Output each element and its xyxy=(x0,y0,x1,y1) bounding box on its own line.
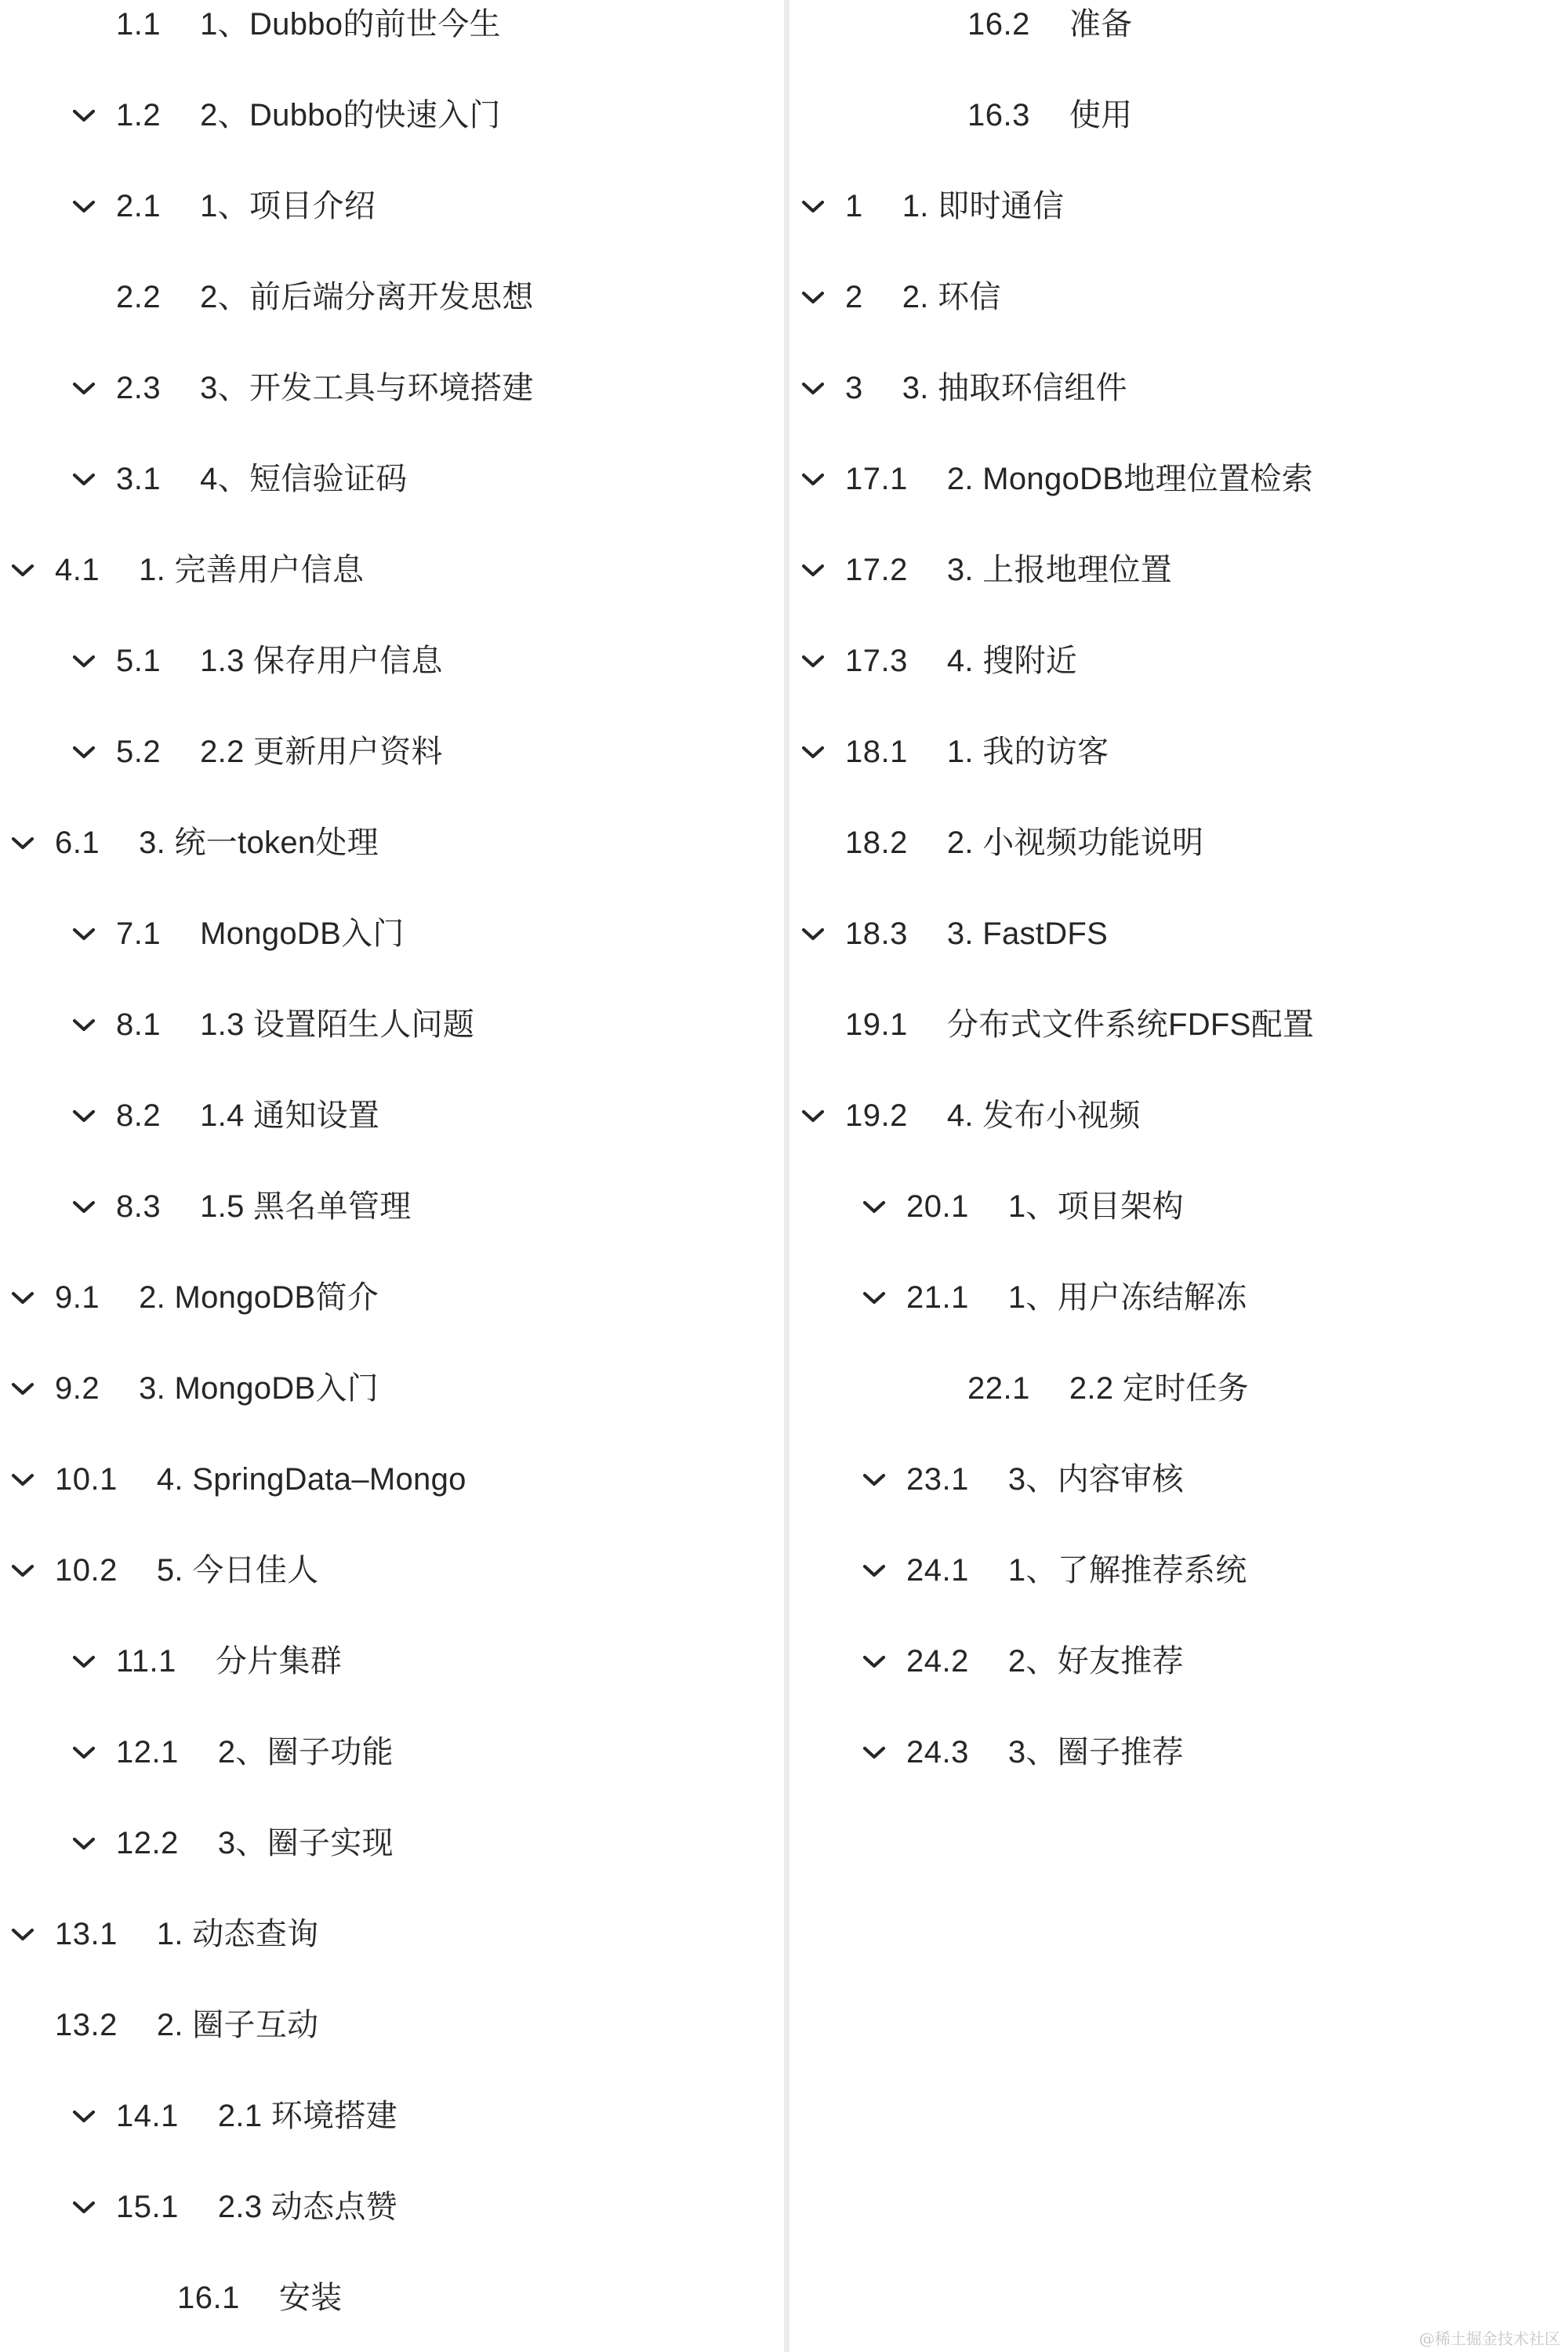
toc-item-label: 2.2 更新用户资料 xyxy=(200,730,443,774)
chevron-down-icon[interactable] xyxy=(72,2110,96,2124)
chevron-down-icon[interactable] xyxy=(862,1746,886,1760)
toc-item-number: 4.1 xyxy=(55,548,100,592)
toc-item-label: 3. 统一token处理 xyxy=(139,821,379,865)
chevron-down-icon[interactable] xyxy=(801,473,825,487)
toc-item-label: 2. 圈子互动 xyxy=(157,2003,319,2047)
toc-item-label: 1. 我的访客 xyxy=(947,730,1109,774)
toc-item-label: 1、项目架构 xyxy=(1008,1185,1184,1229)
toc-item-number: 8.2 xyxy=(116,1094,161,1138)
chevron-down-icon[interactable] xyxy=(11,1564,34,1578)
chevron-down-icon[interactable] xyxy=(72,655,96,669)
chevron-down-icon[interactable] xyxy=(72,1018,96,1033)
chevron-down-icon[interactable] xyxy=(72,1837,96,1851)
chevron-down-icon[interactable] xyxy=(72,382,96,396)
chevron-down-icon[interactable] xyxy=(801,200,825,214)
toc-item-label: 4、短信验证码 xyxy=(200,457,407,501)
toc-item-number: 13.2 xyxy=(55,2003,118,2047)
toc-item-label: MongoDB入门 xyxy=(200,912,405,956)
toc-item-number: 14.1 xyxy=(116,2094,179,2138)
toc-item-label: 3、开发工具与环境搭建 xyxy=(200,366,534,410)
toc-item-label: 安装 xyxy=(279,2276,343,2320)
toc-item-number: 2.2 xyxy=(116,275,161,319)
toc-item-label: 2、前后端分离开发思想 xyxy=(200,275,534,319)
chevron-down-icon[interactable] xyxy=(11,837,34,851)
chevron-down-icon[interactable] xyxy=(72,927,96,942)
toc-item-number: 12.2 xyxy=(116,1821,179,1865)
toc-item-number: 10.2 xyxy=(55,1548,118,1592)
toc-item-number: 16.3 xyxy=(967,93,1030,137)
toc-item-label: 3、圈子实现 xyxy=(218,1821,394,1865)
toc-item-label: 1. 完善用户信息 xyxy=(139,548,364,592)
toc-item-number: 3 xyxy=(845,366,863,410)
toc-item-number: 24.1 xyxy=(906,1548,969,1592)
toc-right-column: 16.2 准备 16.3 使用 1 1. 即时通信 2 2. 环信 xyxy=(789,0,1568,2352)
chevron-down-icon[interactable] xyxy=(72,1200,96,1214)
chevron-down-icon[interactable] xyxy=(801,655,825,669)
chevron-down-icon[interactable] xyxy=(72,1655,96,1669)
toc-item-number: 1.2 xyxy=(116,93,161,137)
toc-item-label: 1.4 通知设置 xyxy=(200,1094,379,1138)
toc-item-number: 21.1 xyxy=(906,1276,969,1319)
toc-item-number: 16.2 xyxy=(967,2,1030,46)
toc-item-label: 1.3 设置陌生人问题 xyxy=(200,1003,474,1047)
toc-item-number: 19.1 xyxy=(845,1003,908,1047)
chevron-down-icon[interactable] xyxy=(801,291,825,305)
toc-item-number: 12.1 xyxy=(116,1730,179,1774)
toc-item-number: 16.1 xyxy=(177,2276,240,2320)
toc-item-number: 23.1 xyxy=(906,1457,969,1501)
chevron-down-icon[interactable] xyxy=(862,1564,886,1578)
toc-item-number: 18.3 xyxy=(845,912,908,956)
toc-item-label: 分布式文件系统FDFS配置 xyxy=(947,1003,1314,1047)
toc-item-number: 8.1 xyxy=(116,1003,161,1047)
toc-item-number: 2.1 xyxy=(116,184,161,228)
toc-item-number: 17.1 xyxy=(845,457,908,501)
watermark: @稀土掘金技术社区 xyxy=(1419,2326,1560,2349)
toc-item-label: 1.5 黑名单管理 xyxy=(200,1185,411,1229)
chevron-down-icon[interactable] xyxy=(72,109,96,123)
toc-item-label: 4. 发布小视频 xyxy=(947,1094,1141,1138)
toc-item-number: 1.1 xyxy=(116,2,161,46)
toc-item-label: 2、Dubbo的快速入门 xyxy=(200,93,501,137)
chevron-down-icon[interactable] xyxy=(72,1746,96,1760)
toc-item-label: 2. 小视频功能说明 xyxy=(947,821,1203,865)
toc-item-number: 18.1 xyxy=(845,730,908,774)
toc-item-number: 11.1 xyxy=(116,1639,176,1683)
toc-item-label: 1、Dubbo的前世今生 xyxy=(200,2,501,46)
toc-item-label: 2.2 定时任务 xyxy=(1069,1367,1249,1410)
toc-item-label: 1、了解推荐系统 xyxy=(1008,1548,1247,1592)
toc-item-number: 17.2 xyxy=(845,548,908,592)
toc-item-label: 3. 抽取环信组件 xyxy=(902,366,1127,410)
toc-item-number: 18.2 xyxy=(845,821,908,865)
chevron-down-icon[interactable] xyxy=(862,1200,886,1214)
toc-item-number: 9.1 xyxy=(55,1276,100,1319)
chevron-down-icon[interactable] xyxy=(862,1291,886,1305)
chevron-down-icon[interactable] xyxy=(72,473,96,487)
column-divider xyxy=(784,0,789,2352)
toc-item-label: 使用 xyxy=(1069,93,1133,137)
toc-item-number: 2.3 xyxy=(116,366,161,410)
toc-item-number: 2 xyxy=(845,275,863,319)
chevron-down-icon[interactable] xyxy=(72,1109,96,1123)
toc-item-number: 15.1 xyxy=(116,2185,179,2229)
toc-item-label: 准备 xyxy=(1069,2,1133,46)
chevron-down-icon[interactable] xyxy=(801,1109,825,1123)
toc-item-label: 3、内容审核 xyxy=(1008,1457,1184,1501)
chevron-down-icon[interactable] xyxy=(862,1473,886,1487)
toc-item-label: 3. 上报地理位置 xyxy=(947,548,1172,592)
toc-item-number: 13.1 xyxy=(55,1912,118,1956)
toc-item-label: 3. MongoDB入门 xyxy=(139,1367,379,1410)
toc-item-label: 2.1 环境搭建 xyxy=(218,2094,397,2138)
toc-item-number: 17.3 xyxy=(845,639,908,683)
chevron-down-icon[interactable] xyxy=(11,1291,34,1305)
toc-item-label: 2、圈子功能 xyxy=(218,1730,394,1774)
chevron-down-icon[interactable] xyxy=(72,200,96,214)
toc-item-label: 3、圈子推荐 xyxy=(1008,1730,1184,1774)
toc-item-label: 1、项目介绍 xyxy=(200,184,376,228)
toc-item-number: 9.2 xyxy=(55,1367,100,1410)
chevron-down-icon[interactable] xyxy=(11,1473,34,1487)
toc-item-number: 5.2 xyxy=(116,730,161,774)
toc-item-number: 19.2 xyxy=(845,1094,908,1138)
toc-item-label: 3. FastDFS xyxy=(947,912,1108,956)
toc-item-number: 6.1 xyxy=(55,821,100,865)
chevron-down-icon[interactable] xyxy=(11,564,34,578)
toc-item-label: 1. 即时通信 xyxy=(902,184,1065,228)
toc-item-label: 1、用户冻结解冻 xyxy=(1008,1276,1247,1319)
toc-item-number: 1 xyxy=(845,184,863,228)
toc-item-number: 20.1 xyxy=(906,1185,969,1229)
chevron-down-icon[interactable] xyxy=(801,382,825,396)
toc-item-label: 1.3 保存用户信息 xyxy=(200,639,443,683)
toc-item-number: 22.1 xyxy=(967,1367,1030,1410)
toc-item-label: 1. 动态查询 xyxy=(157,1912,319,1956)
chevron-down-icon[interactable] xyxy=(11,1928,34,1942)
toc-item-label: 4. SpringData–Mongo xyxy=(157,1457,466,1501)
toc-item-label: 2. 环信 xyxy=(902,275,1001,319)
toc-item-number: 5.1 xyxy=(116,639,161,683)
toc-item-label: 4. 搜附近 xyxy=(947,639,1077,683)
toc-item-label: 2.3 动态点赞 xyxy=(218,2185,397,2229)
toc-item-label: 2. MongoDB地理位置检索 xyxy=(947,457,1313,501)
toc-item-label: 2. MongoDB简介 xyxy=(139,1276,379,1319)
toc-item-number: 10.1 xyxy=(55,1457,118,1501)
chevron-down-icon[interactable] xyxy=(801,746,825,760)
toc-item-label: 分片集群 xyxy=(216,1639,342,1683)
toc-item-number: 24.2 xyxy=(906,1639,969,1683)
chevron-down-icon[interactable] xyxy=(862,1655,886,1669)
chevron-down-icon[interactable] xyxy=(11,1382,34,1396)
toc-item-number: 8.3 xyxy=(116,1185,161,1229)
toc-item-label: 2、好友推荐 xyxy=(1008,1639,1184,1683)
toc-item-number: 3.1 xyxy=(116,457,161,501)
toc-item-number: 24.3 xyxy=(906,1730,969,1774)
toc-item-label: 5. 今日佳人 xyxy=(157,1548,319,1592)
chevron-down-icon[interactable] xyxy=(72,746,96,760)
chevron-down-icon[interactable] xyxy=(801,927,825,942)
chevron-down-icon[interactable] xyxy=(72,2201,96,2215)
toc-item-number: 7.1 xyxy=(116,912,161,956)
toc-left-column: 1.1 1、Dubbo的前世今生 1.2 2、Dubbo的快速入门 2.1 1、… xyxy=(0,0,784,2352)
chevron-down-icon[interactable] xyxy=(801,564,825,578)
